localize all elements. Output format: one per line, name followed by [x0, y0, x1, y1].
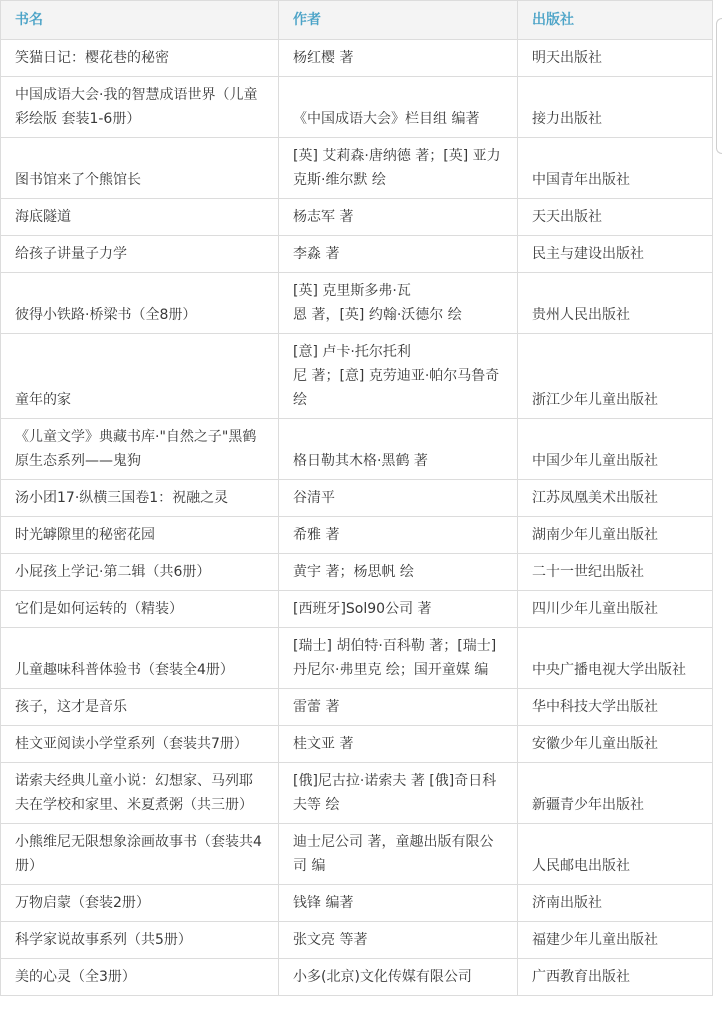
book-author-cell: 杨志军 著 [279, 199, 518, 236]
book-title-cell: 儿童趣味科普体验书（套装全4册） [1, 628, 279, 689]
book-publisher-cell: 四川少年儿童出版社 [518, 591, 713, 628]
book-author-cell: 《中国成语大会》栏目组 编著 [279, 77, 518, 138]
book-title-cell: 桂文亚阅读小学堂系列（套装共7册） [1, 726, 279, 763]
table-row: 童年的家[意] 卢卡·托尔托利 尼 著；[意] 克劳迪亚·帕尔马鲁奇 绘浙江少年… [1, 334, 713, 419]
book-publisher-cell: 浙江少年儿童出版社 [518, 334, 713, 419]
book-author-cell: 钱锋 编著 [279, 885, 518, 922]
book-author-cell: 谷清平 [279, 480, 518, 517]
book-publisher-cell: 接力出版社 [518, 77, 713, 138]
table-row: 儿童趣味科普体验书（套装全4册）[瑞士] 胡伯特·百科勒 著；[瑞士] 丹尼尔·… [1, 628, 713, 689]
table-row: 图书馆来了个熊馆长[英] 艾莉森·唐纳德 著；[英] 亚力克斯·维尔默 绘中国青… [1, 138, 713, 199]
column-header-publisher: 出版社 [518, 1, 713, 40]
table-row: 汤小团17·纵横三国卷1：祝融之灵谷清平江苏凤凰美术出版社 [1, 480, 713, 517]
book-publisher-cell: 福建少年儿童出版社 [518, 922, 713, 959]
book-author-cell: [英] 克里斯多弗·瓦 恩 著，[英] 约翰·沃德尔 绘 [279, 273, 518, 334]
table-row: 它们是如何运转的（精装）[西班牙]Sol90公司 著四川少年儿童出版社 [1, 591, 713, 628]
book-publisher-cell: 天天出版社 [518, 199, 713, 236]
book-title-cell: 汤小团17·纵横三国卷1：祝融之灵 [1, 480, 279, 517]
book-title-cell: 中国成语大会·我的智慧成语世界（儿童彩绘版 套装1-6册） [1, 77, 279, 138]
book-publisher-cell: 中央广播电视大学出版社 [518, 628, 713, 689]
book-author-cell: 雷蕾 著 [279, 689, 518, 726]
table-row: 科学家说故事系列（共5册）张文亮 等著福建少年儿童出版社 [1, 922, 713, 959]
book-publisher-cell: 湖南少年儿童出版社 [518, 517, 713, 554]
book-publisher-cell: 广西教育出版社 [518, 959, 713, 996]
book-title-cell: 孩子，这才是音乐 [1, 689, 279, 726]
book-title-cell: 给孩子讲量子力学 [1, 236, 279, 273]
book-title-cell: 图书馆来了个熊馆长 [1, 138, 279, 199]
book-title-cell: 它们是如何运转的（精装） [1, 591, 279, 628]
table-row: 时光罅隙里的秘密花园希雅 著湖南少年儿童出版社 [1, 517, 713, 554]
book-publisher-cell: 中国青年出版社 [518, 138, 713, 199]
table-row: 彼得小铁路·桥梁书（全8册）[英] 克里斯多弗·瓦 恩 著，[英] 约翰·沃德尔… [1, 273, 713, 334]
book-publisher-cell: 中国少年儿童出版社 [518, 419, 713, 480]
book-author-cell: 希雅 著 [279, 517, 518, 554]
book-publisher-cell: 安徽少年儿童出版社 [518, 726, 713, 763]
book-author-cell: [意] 卢卡·托尔托利 尼 著；[意] 克劳迪亚·帕尔马鲁奇 绘 [279, 334, 518, 419]
book-author-cell: [瑞士] 胡伯特·百科勒 著；[瑞士] 丹尼尔·弗里克 绘；国开童媒 编 [279, 628, 518, 689]
table-row: 给孩子讲量子力学李淼 著民主与建设出版社 [1, 236, 713, 273]
table-header-row: 书名 作者 出版社 [1, 1, 713, 40]
table-row: 小熊维尼无限想象涂画故事书（套装共4册）迪士尼公司 著，童趣出版有限公司 编人民… [1, 824, 713, 885]
book-title-cell: 小熊维尼无限想象涂画故事书（套装共4册） [1, 824, 279, 885]
table-row: 笑猫日记：樱花巷的秘密杨红樱 著明天出版社 [1, 40, 713, 77]
book-title-cell: 美的心灵（全3册） [1, 959, 279, 996]
book-title-cell: 科学家说故事系列（共5册） [1, 922, 279, 959]
book-author-cell: [西班牙]Sol90公司 著 [279, 591, 518, 628]
book-title-cell: 时光罅隙里的秘密花园 [1, 517, 279, 554]
book-author-cell: 李淼 著 [279, 236, 518, 273]
book-author-cell: 杨红樱 著 [279, 40, 518, 77]
book-author-cell: 张文亮 等著 [279, 922, 518, 959]
table-row: 孩子，这才是音乐雷蕾 著华中科技大学出版社 [1, 689, 713, 726]
table-row: 海底隧道杨志军 著天天出版社 [1, 199, 713, 236]
book-author-cell: 迪士尼公司 著，童趣出版有限公司 编 [279, 824, 518, 885]
column-header-author: 作者 [279, 1, 518, 40]
book-title-cell: 《儿童文学》典藏书库·"自然之子"黑鹤原生态系列——鬼狗 [1, 419, 279, 480]
book-publisher-cell: 贵州人民出版社 [518, 273, 713, 334]
book-title-cell: 小屁孩上学记·第二辑（共6册） [1, 554, 279, 591]
book-title-cell: 海底隧道 [1, 199, 279, 236]
book-author-cell: 桂文亚 著 [279, 726, 518, 763]
book-title-cell: 万物启蒙（套装2册） [1, 885, 279, 922]
table-row: 小屁孩上学记·第二辑（共6册）黄宇 著；杨思帆 绘二十一世纪出版社 [1, 554, 713, 591]
book-title-cell: 彼得小铁路·桥梁书（全8册） [1, 273, 279, 334]
table-row: 诺索夫经典儿童小说：幻想家、马列耶夫在学校和家里、米夏煮粥（共三册）[俄]尼古拉… [1, 763, 713, 824]
books-table-body: 笑猫日记：樱花巷的秘密杨红樱 著明天出版社中国成语大会·我的智慧成语世界（儿童彩… [1, 40, 713, 996]
book-title-cell: 童年的家 [1, 334, 279, 419]
table-row: 万物启蒙（套装2册）钱锋 编著济南出版社 [1, 885, 713, 922]
books-table: 书名 作者 出版社 笑猫日记：樱花巷的秘密杨红樱 著明天出版社中国成语大会·我的… [0, 0, 713, 996]
table-row: 《儿童文学》典藏书库·"自然之子"黑鹤原生态系列——鬼狗格日勒其木格·黑鹤 著中… [1, 419, 713, 480]
book-author-cell: [英] 艾莉森·唐纳德 著；[英] 亚力克斯·维尔默 绘 [279, 138, 518, 199]
book-title-cell: 诺索夫经典儿童小说：幻想家、马列耶夫在学校和家里、米夏煮粥（共三册） [1, 763, 279, 824]
right-edge-panel-fragment [716, 18, 722, 154]
book-publisher-cell: 华中科技大学出版社 [518, 689, 713, 726]
book-publisher-cell: 明天出版社 [518, 40, 713, 77]
book-publisher-cell: 民主与建设出版社 [518, 236, 713, 273]
book-author-cell: 黄宇 著；杨思帆 绘 [279, 554, 518, 591]
book-author-cell: 格日勒其木格·黑鹤 著 [279, 419, 518, 480]
book-publisher-cell: 新疆青少年出版社 [518, 763, 713, 824]
book-publisher-cell: 济南出版社 [518, 885, 713, 922]
book-author-cell: [俄]尼古拉·诺索夫 著 [俄]奇日科夫等 绘 [279, 763, 518, 824]
table-row: 桂文亚阅读小学堂系列（套装共7册）桂文亚 著安徽少年儿童出版社 [1, 726, 713, 763]
book-publisher-cell: 人民邮电出版社 [518, 824, 713, 885]
book-publisher-cell: 江苏凤凰美术出版社 [518, 480, 713, 517]
book-title-cell: 笑猫日记：樱花巷的秘密 [1, 40, 279, 77]
table-row: 中国成语大会·我的智慧成语世界（儿童彩绘版 套装1-6册）《中国成语大会》栏目组… [1, 77, 713, 138]
column-header-title: 书名 [1, 1, 279, 40]
table-row: 美的心灵（全3册）小多(北京)文化传媒有限公司广西教育出版社 [1, 959, 713, 996]
book-publisher-cell: 二十一世纪出版社 [518, 554, 713, 591]
book-author-cell: 小多(北京)文化传媒有限公司 [279, 959, 518, 996]
